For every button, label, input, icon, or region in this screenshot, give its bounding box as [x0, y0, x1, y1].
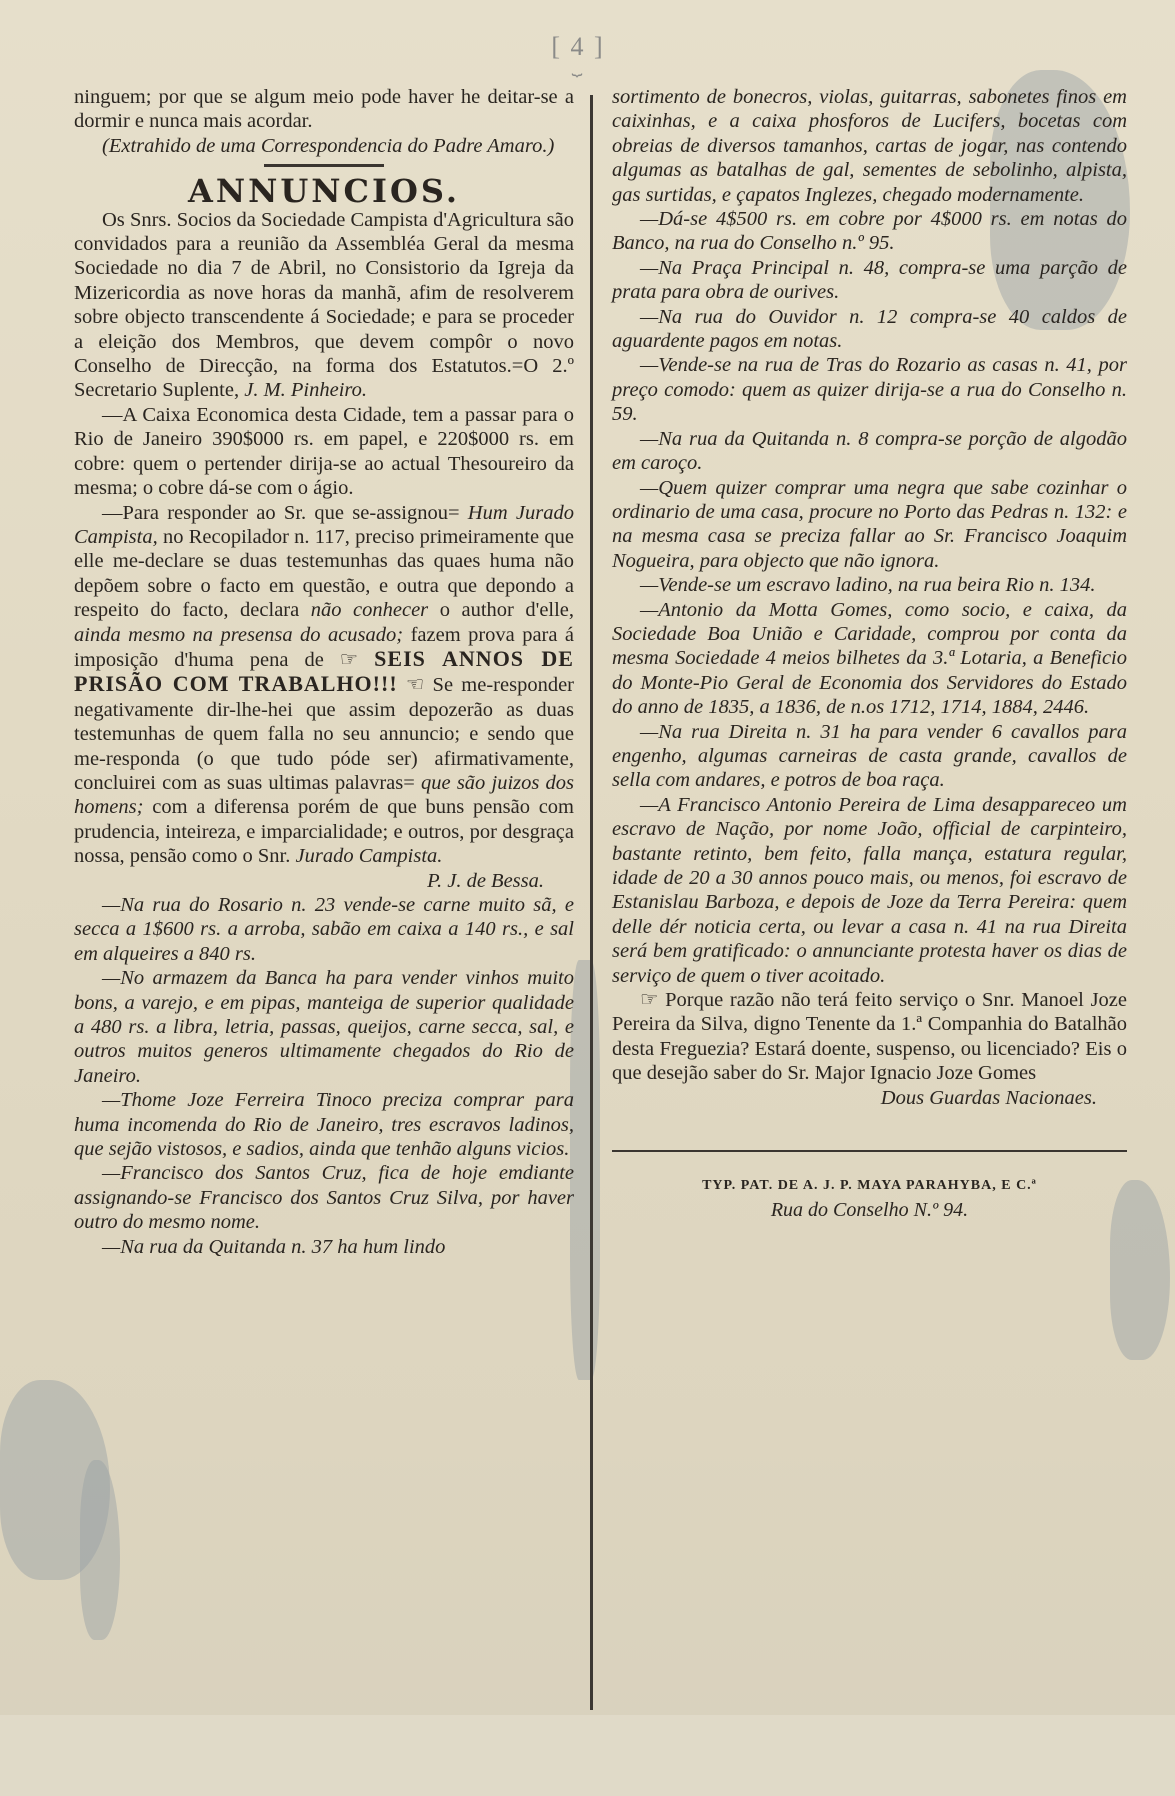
- imprint-address: Rua do Conselho N.º 94.: [612, 1198, 1127, 1222]
- ad-praca-principal: —Na Praça Principal n. 48, compra-se uma…: [612, 256, 1127, 305]
- page-number: [ 4 ] ⏟: [548, 32, 608, 70]
- bottom-margin: [0, 1715, 1175, 1796]
- ad-italic: ainda mesmo na presensa do acusado;: [74, 624, 403, 646]
- column-divider: [590, 95, 593, 1710]
- ad-sociedade-campista: Os Snrs. Socios da Sociedade Campista d'…: [74, 208, 574, 403]
- imprint-line: TYP. PAT. DE A. J. P. MAYA PARAHYBA, E C…: [612, 1174, 1127, 1198]
- ad-motta-gomes-lotaria: —Antonio da Motta Gomes, como socio, e c…: [612, 598, 1127, 720]
- ad-guardas-nacionaes: ☞ Porque razão não terá feito serviço o …: [612, 988, 1127, 1086]
- ad-cobre-notas: —Dá-se 4$500 rs. em cobre por 4$000 rs. …: [612, 207, 1127, 256]
- ad-rua-ouvidor: —Na rua do Ouvidor n. 12 compra-se 40 ca…: [612, 305, 1127, 354]
- ad-escravo-desaparecido: —A Francisco Antonio Pereira de Lima des…: [612, 793, 1127, 988]
- ad-francisco-santos-cruz: —Francisco dos Santos Cruz, fica de hoje…: [74, 1161, 574, 1234]
- section-heading: ANNUNCIOS.: [74, 179, 574, 203]
- ad-italic: não conhecer: [311, 599, 428, 621]
- left-column: ninguem; por que se algum meio pode have…: [74, 85, 574, 1259]
- ad-signature: J. M. Pinheiro.: [244, 379, 367, 401]
- ad-text: Os Snrs. Socios da Sociedade Campista d'…: [74, 209, 574, 402]
- intro-attribution: (Extrahido de uma Correspondencia do Pad…: [74, 134, 574, 158]
- ad-caixa-economica: —A Caixa Economica desta Cidade, tem a p…: [74, 403, 574, 501]
- ad-rua-rosario: —Na rua do Rosario n. 23 vende-se carne …: [74, 893, 574, 966]
- ad-sortimento: sortimento de bonecros, violas, guitarra…: [612, 85, 1127, 207]
- ad-italic: Jurado Campista.: [296, 845, 443, 867]
- water-stain: [570, 960, 600, 1380]
- ad-tras-rozario: —Vende-se na rua de Tras do Rozario as c…: [612, 353, 1127, 426]
- brace-ornament: ⏟: [548, 62, 608, 70]
- ad-thome-tinoco: —Thome Joze Ferreira Tinoco preciza comp…: [74, 1088, 574, 1161]
- section-divider: [264, 164, 384, 167]
- ad-negra-cozinheira: —Quem quizer comprar uma negra que sabe …: [612, 476, 1127, 574]
- right-column: sortimento de bonecros, violas, guitarra…: [612, 85, 1127, 1223]
- ad-signature-bessa: P. J. de Bessa.: [74, 869, 574, 893]
- ad-rua-quitanda-37: —Na rua da Quitanda n. 37 ha hum lindo: [74, 1235, 574, 1259]
- ad-rua-quitanda-8: —Na rua da Quitanda n. 8 compra-se porçã…: [612, 427, 1127, 476]
- footer-rule: [612, 1150, 1127, 1152]
- ad-escravo-ladino: —Vende-se um escravo ladino, na rua beir…: [612, 573, 1127, 597]
- intro-paragraph: ninguem; por que se algum meio pode have…: [74, 85, 574, 134]
- ad-armazem-banca: —No armazem da Banca ha para vender vinh…: [74, 966, 574, 1088]
- ad-rua-direita-31: —Na rua Direita n. 31 ha para vender 6 c…: [612, 720, 1127, 793]
- ad-text: o author d'elle,: [440, 599, 574, 621]
- ad-resposta-jurado: —Para responder ao Sr. que se-assignou= …: [74, 501, 574, 869]
- ad-text: —Para responder ao Sr. que se-assignou=: [102, 502, 460, 524]
- ad-signature-guardas: Dous Guardas Nacionaes.: [612, 1086, 1127, 1110]
